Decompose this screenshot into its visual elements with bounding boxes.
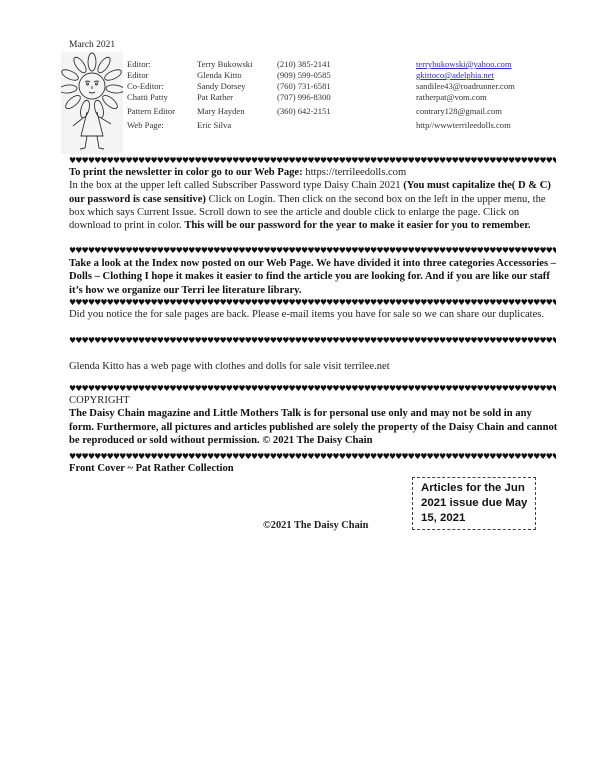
for-sale-notice: Did you notice the for sale pages are ba… [69, 308, 559, 321]
heart-divider: ♥♥♥♥♥♥♥♥♥♥♥♥♥♥♥♥♥♥♥♥♥♥♥♥♥♥♥♥♥♥♥♥♥♥♥♥♥♥♥♥… [69, 384, 556, 393]
article-deadline-box: Articles for the Jun 2021 issue due May … [412, 477, 536, 530]
staff-name: Terry Bukowski [197, 59, 253, 69]
staff-phone: (909) 599-0585 [277, 70, 331, 80]
website-url: https://terrileedolls.com [305, 167, 406, 178]
staff-role: Web Page: [127, 120, 164, 130]
glenda-web-page-notice: Glenda Kitto has a web page with clothes… [69, 360, 559, 373]
heart-divider: ♥♥♥♥♥♥♥♥♥♥♥♥♥♥♥♥♥♥♥♥♥♥♥♥♥♥♥♥♥♥♥♥♥♥♥♥♥♥♥♥… [69, 156, 556, 165]
staff-phone: (707) 996-8300 [277, 92, 331, 102]
staff-email-link[interactable]: terrybukowski@yahoo.com [416, 59, 512, 69]
staff-role: Editor [127, 70, 148, 80]
staff-role: Chatti Patty [127, 92, 168, 102]
heart-divider: ♥♥♥♥♥♥♥♥♥♥♥♥♥♥♥♥♥♥♥♥♥♥♥♥♥♥♥♥♥♥♥♥♥♥♥♥♥♥♥♥… [69, 246, 556, 255]
copyright-label: COPYRIGHT [69, 395, 130, 406]
staff-name: Mary Hayden [197, 106, 245, 116]
daisy-girl-logo-icon [61, 52, 123, 154]
staff-role: Pattern Editor [127, 106, 175, 116]
heart-divider: ♥♥♥♥♥♥♥♥♥♥♥♥♥♥♥♥♥♥♥♥♥♥♥♥♥♥♥♥♥♥♥♥♥♥♥♥♥♥♥♥… [69, 452, 556, 461]
staff-phone: (210) 385-2141 [277, 59, 331, 69]
password-reminder: This will be our password for the year t… [184, 220, 530, 231]
staff-name: Sandy Dorsey [197, 81, 245, 91]
footer-copyright: ©2021 The Daisy Chain [263, 520, 368, 531]
front-cover-credit: Front Cover ~ Pat Rather Collection [69, 462, 559, 475]
staff-email: contrary128@gmail.com [416, 106, 502, 116]
staff-name: Eric Silva [197, 120, 231, 130]
staff-name: Glenda Kitto [197, 70, 242, 80]
staff-name: Pat Rather [197, 92, 233, 102]
copyright-section: COPYRIGHT The Daisy Chain magazine and L… [69, 394, 559, 447]
index-announcement: Take a look at the Index now posted on o… [69, 257, 559, 297]
staff-phone: (760) 731-6581 [277, 81, 331, 91]
print-color-heading: To print the newsletter in color go to o… [69, 167, 303, 178]
staff-email: ratherpat@vom.com [416, 92, 487, 102]
issue-date: March 2021 [69, 40, 115, 50]
password-instructions: In the box at the upper left called Subs… [69, 180, 403, 191]
staff-email: sandilee43@roadrunner.com [416, 81, 515, 91]
staff-website: http//wwwterrileedolls.com [416, 120, 511, 130]
heart-divider: ♥♥♥♥♥♥♥♥♥♥♥♥♥♥♥♥♥♥♥♥♥♥♥♥♥♥♥♥♥♥♥♥♥♥♥♥♥♥♥♥… [69, 336, 556, 345]
staff-phone: (360) 642-2151 [277, 106, 331, 116]
copyright-text: The Daisy Chain magazine and Little Moth… [69, 408, 557, 446]
print-color-section: To print the newsletter in color go to o… [69, 166, 559, 232]
staff-role: Co-Editor: [127, 81, 164, 91]
heart-divider: ♥♥♥♥♥♥♥♥♥♥♥♥♥♥♥♥♥♥♥♥♥♥♥♥♥♥♥♥♥♥♥♥♥♥♥♥♥♥♥♥… [69, 298, 556, 307]
staff-email-link[interactable]: gkittoco@adelphia.net [416, 70, 494, 80]
staff-role: Editor: [127, 59, 151, 69]
